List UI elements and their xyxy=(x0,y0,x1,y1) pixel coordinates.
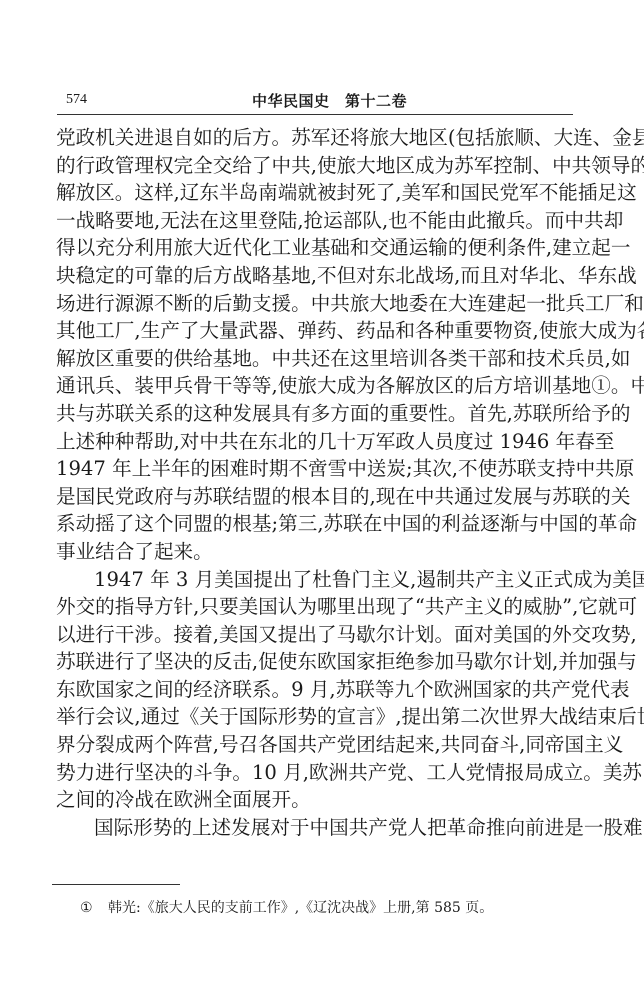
text-line: 通讯兵、装甲兵骨干等等,使旅大成为各解放区的后方培训基地①。中 xyxy=(56,372,580,400)
text-line: 事业结合了起来。 xyxy=(56,538,580,566)
footnote-rule xyxy=(52,884,180,885)
text-line: 党政机关进退自如的后方。苏军还将旅大地区(包括旅顺、大连、金县) xyxy=(56,124,580,152)
text-line: 块稳定的可靠的后方战略基地,不但对东北战场,而且对华北、华东战 xyxy=(56,262,580,290)
text-line: 解放区。这样,辽东半岛南端就被封死了,美军和国民党军不能插足这 xyxy=(56,179,580,207)
text-line: 一战略要地,无法在这里登陆,抢运部队,也不能由此撤兵。而中共却 xyxy=(56,207,580,235)
header-rule xyxy=(57,114,573,115)
paragraph-start-line: 国际形势的上述发展对于中国共产党人把革命推向前进是一股难 xyxy=(56,814,580,842)
footnote-marker: ① xyxy=(80,900,108,916)
text-line: 之间的冷战在欧洲全面展开。 xyxy=(56,786,580,814)
text-line: 系动摇了这个同盟的根基;第三,苏联在中国的利益逐渐与中国的革命 xyxy=(56,510,580,538)
text-line: 的行政管理权完全交给了中共,使旅大地区成为苏军控制、中共领导的 xyxy=(56,152,580,180)
text-line: 共与苏联关系的这种发展具有多方面的重要性。首先,苏联所给予的 xyxy=(56,400,580,428)
running-title: 中华民国史 第十二卷 xyxy=(252,90,407,111)
text-line: 势力进行坚决的斗争。10 月,欧洲共产党、工人党情报局成立。美苏 xyxy=(56,759,580,787)
text-line: 界分裂成两个阵营,号召各国共产党团结起来,共同奋斗,同帝国主义 xyxy=(56,731,580,759)
text-line: 是国民党政府与苏联结盟的根本目的,现在中共通过发展与苏联的关 xyxy=(56,483,580,511)
text-line: 其他工厂,生产了大量武器、弹药、药品和各种重要物资,使旅大成为各 xyxy=(56,317,580,345)
text-line: 外交的指导方针,只要美国认为哪里出现了“共产主义的威胁”,它就可 xyxy=(56,593,580,621)
text-line: 上述种种帮助,对中共在东北的几十万军政人员度过 1946 年春至 xyxy=(56,428,580,456)
body-text: 党政机关进退自如的后方。苏军还将旅大地区(包括旅顺、大连、金县) 的行政管理权完… xyxy=(56,124,580,841)
text-line: 以进行干涉。接着,美国又提出了马歇尔计划。面对美国的外交攻势, xyxy=(56,621,580,649)
text-line: 苏联进行了坚决的反击,促使东欧国家拒绝参加马歇尔计划,并加强与 xyxy=(56,648,580,676)
paragraph-start-line: 1947 年 3 月美国提出了杜鲁门主义,遏制共产主义正式成为美国 xyxy=(56,566,580,594)
footnote-text: 韩光:《旅大人民的支前工作》,《辽沈决战》上册,第 585 页。 xyxy=(108,900,493,916)
text-line: 场进行源源不断的后勤支援。中共旅大地委在大连建起一批兵工厂和 xyxy=(56,290,580,318)
text-line: 东欧国家之间的经济联系。9 月,苏联等九个欧洲国家的共产党代表 xyxy=(56,676,580,704)
text-line: 举行会议,通过《关于国际形势的宣言》,提出第二次世界大战结束后世 xyxy=(56,703,580,731)
text-line: 1947 年上半年的困难时期不啻雪中送炭;其次,不使苏联支持中共原 xyxy=(56,455,580,483)
page-number: 574 xyxy=(66,92,87,108)
text-line: 解放区重要的供给基地。中共还在这里培训各类干部和技术兵员,如 xyxy=(56,345,580,373)
footnote: ①韩光:《旅大人民的支前工作》,《辽沈决战》上册,第 585 页。 xyxy=(80,897,493,917)
text-line: 得以充分利用旅大近代化工业基础和交通运输的便利条件,建立起一 xyxy=(56,234,580,262)
